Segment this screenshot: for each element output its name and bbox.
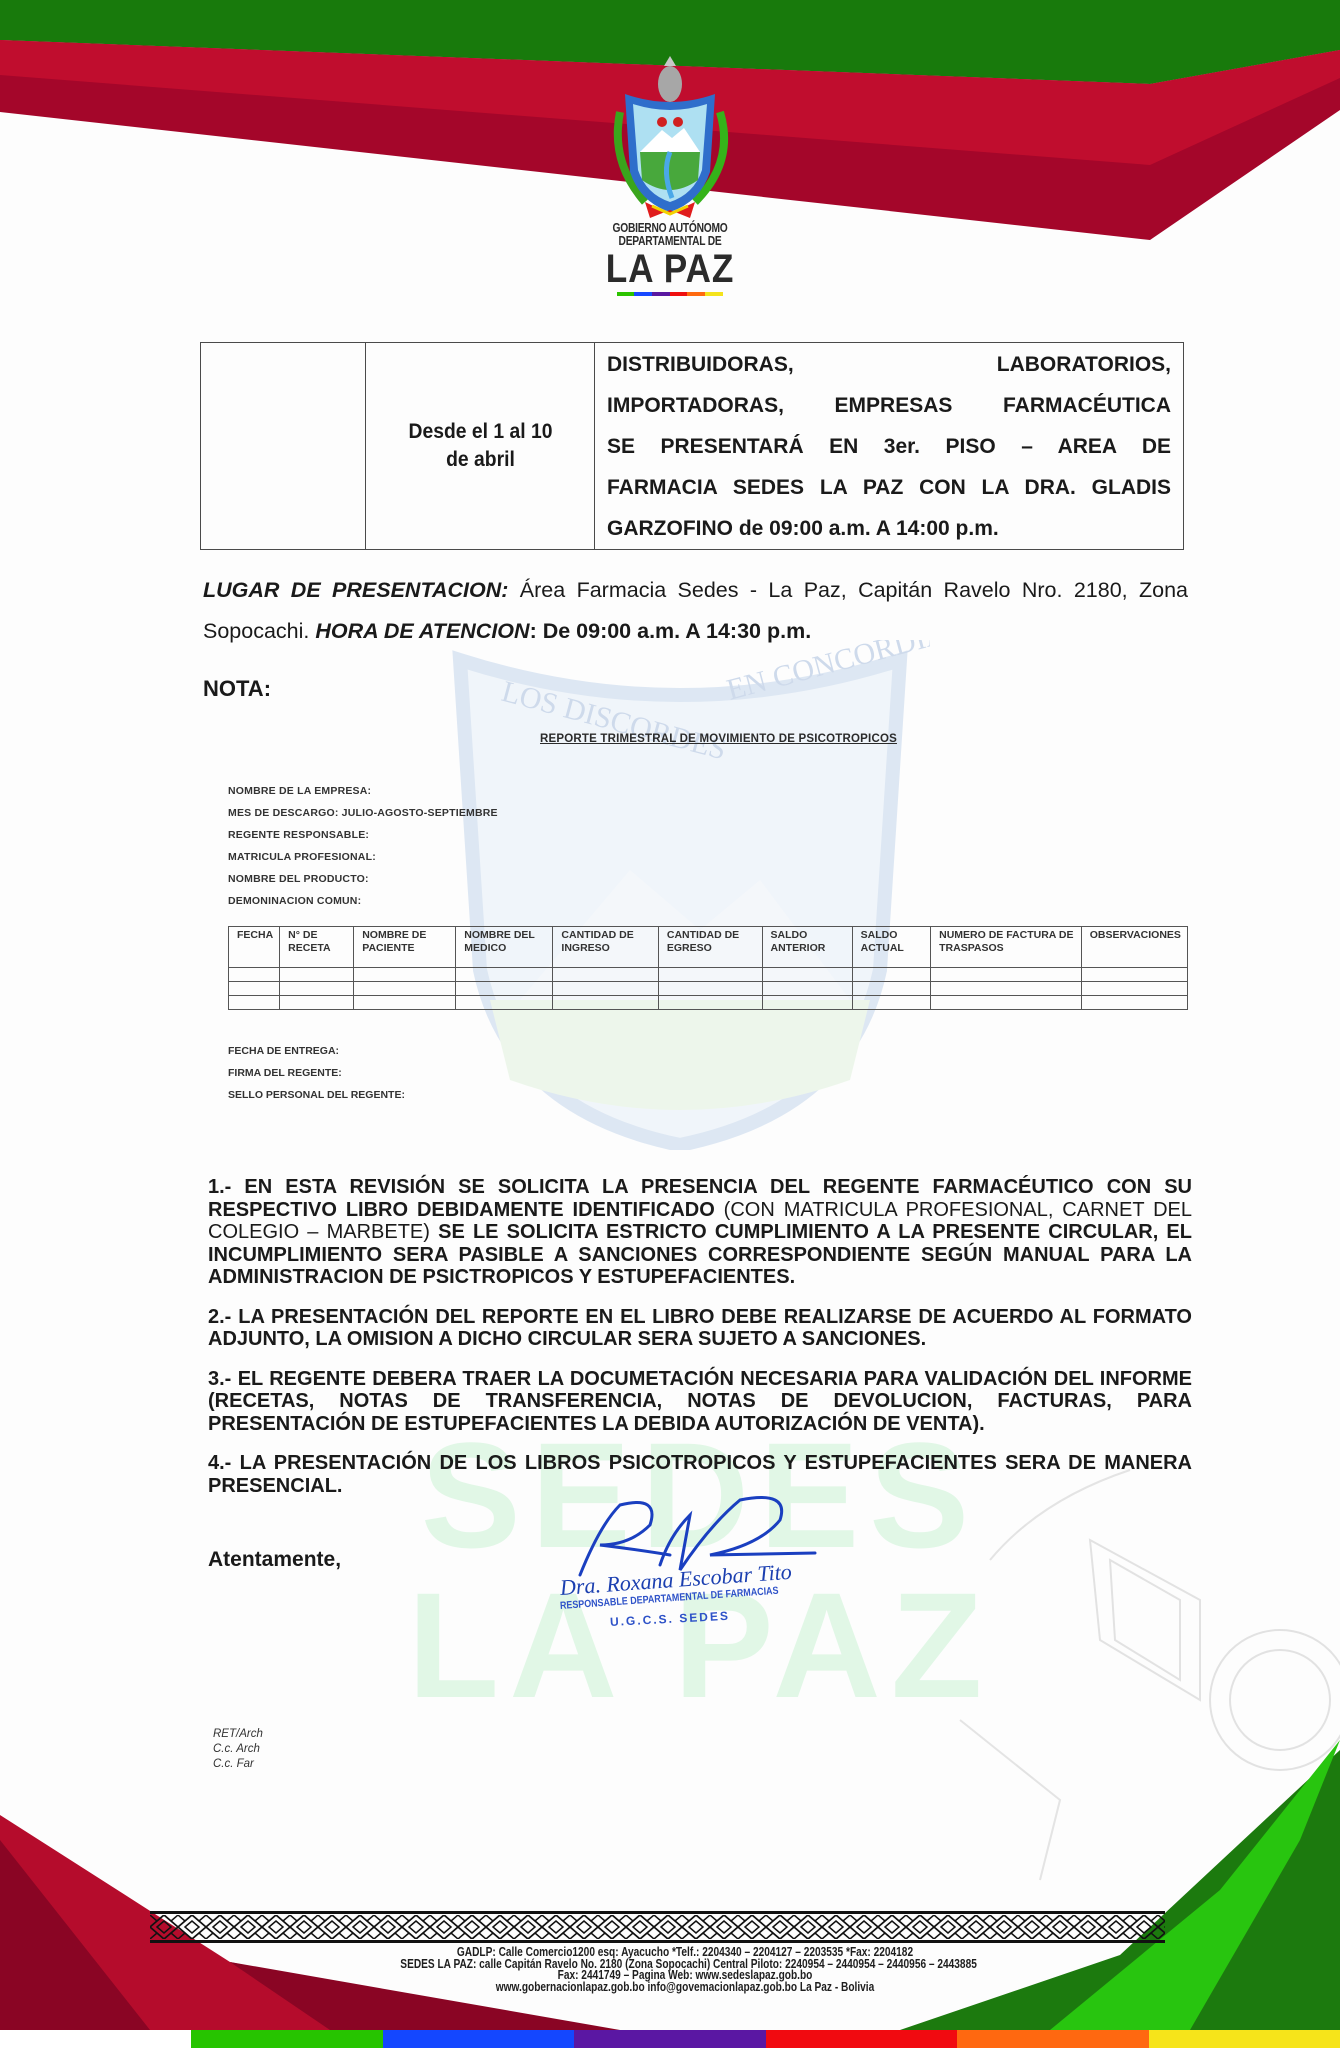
report-field: MATRICULA PROFESIONAL:	[228, 846, 498, 868]
bottom-color-bar	[0, 2030, 1340, 2048]
table-cell	[229, 968, 280, 982]
report-column-header: OBSERVACIONES	[1081, 927, 1187, 968]
notes-list: 1.- EN ESTA REVISIÓN SE SOLICITA LA PRES…	[208, 1176, 1192, 1514]
hours-value: : De 09:00 a.m. A 14:30 p.m.	[530, 619, 812, 643]
table-cell	[229, 982, 280, 996]
report-column-header: CANTIDAD DE EGRESO	[658, 927, 762, 968]
org-name-line3: LA PAZ	[573, 249, 767, 289]
color-bar-segment	[383, 2030, 574, 2048]
table-cell	[762, 968, 852, 982]
table-cell	[931, 996, 1082, 1010]
organization-name: GOBIERNO AUTÓNOMO DEPARTAMENTAL DE LA PA…	[560, 222, 780, 296]
table-cell	[1081, 982, 1187, 996]
report-column-header: SALDO ANTERIOR	[762, 927, 852, 968]
report-column-header: NUMERO DE FACTURA DE TRASPASOS	[931, 927, 1082, 968]
report-title: REPORTE TRIMESTRAL DE MOVIMIENTO DE PSIC…	[540, 733, 897, 745]
color-bar-segment	[1149, 2030, 1340, 2048]
report-field: REGENTE RESPONSABLE:	[228, 824, 498, 846]
report-field: MES DE DESCARGO: JULIO-AGOSTO-SEPTIEMBRE	[228, 802, 498, 824]
table-cell	[280, 982, 354, 996]
schedule-cell-dates: Desde el 1 al 10 de abril	[375, 343, 586, 550]
report-field: DEMONINACION COMUN:	[228, 890, 498, 912]
report-fields: NOMBRE DE LA EMPRESA: MES DE DESCARGO: J…	[228, 780, 498, 912]
table-cell	[931, 982, 1082, 996]
table-cell	[762, 982, 852, 996]
description-line: DISTRIBUIDORAS, LABORATORIOS,	[607, 344, 1171, 385]
note-item: 1.- EN ESTA REVISIÓN SE SOLICITA LA PRES…	[208, 1176, 1192, 1289]
description-line: IMPORTADORAS, EMPRESAS FARMACÉUTICA	[607, 385, 1171, 426]
report-table: FECHAN° DE RECETANOMBRE DE PACIENTENOMBR…	[228, 926, 1188, 1010]
report-column-header: CANTIDAD DE INGRESO	[553, 927, 658, 968]
closing-salutation: Atentamente,	[208, 1548, 341, 1572]
table-cell	[354, 968, 456, 982]
footer-contact-info: GADLP: Calle Comercio1200 esq: Ayacucho …	[400, 1946, 969, 1992]
table-cell	[852, 968, 930, 982]
report-field: NOMBRE DEL PRODUCTO:	[228, 868, 498, 890]
table-cell	[456, 968, 553, 982]
copy-reference: RET/Arch	[213, 1727, 263, 1742]
table-cell	[280, 996, 354, 1010]
table-row	[229, 968, 1188, 982]
nota-heading: NOTA:	[203, 676, 271, 702]
table-cell	[354, 996, 456, 1010]
place-label: LUGAR DE PRESENTACION:	[203, 578, 508, 602]
report-footer-field: FIRMA DEL REGENTE:	[228, 1062, 405, 1084]
copy-reference: C.c. Far	[213, 1757, 263, 1772]
report-column-header: SALDO ACTUAL	[852, 927, 930, 968]
table-cell	[229, 996, 280, 1010]
schedule-cell-empty	[201, 343, 366, 550]
report-column-header: NOMBRE DEL MEDICO	[456, 927, 553, 968]
table-cell	[553, 982, 658, 996]
table-cell	[456, 996, 553, 1010]
org-color-stripe	[617, 292, 723, 296]
color-bar-segment	[957, 2030, 1148, 2048]
color-bar-segment	[574, 2030, 765, 2048]
description-line: GARZOFINO de 09:00 a.m. A 14:00 p.m.	[607, 508, 1171, 549]
table-cell	[280, 968, 354, 982]
footer-line: www.gobernacionlapaz.gob.bo info@govemac…	[400, 1981, 969, 1993]
report-footer-fields: FECHA DE ENTREGA: FIRMA DEL REGENTE: SEL…	[228, 1040, 405, 1106]
description-line: SE PRESENTARÁ EN 3er. PISO – AREA DE	[607, 426, 1171, 467]
table-cell	[658, 996, 762, 1010]
table-cell	[1081, 968, 1187, 982]
andean-pattern-border	[150, 1911, 1165, 1943]
table-cell	[852, 996, 930, 1010]
color-bar-segment	[766, 2030, 957, 2048]
crest-watermark: LOS DISCORDES EN CONCORDIA	[430, 640, 930, 1150]
schedule-table: Desde el 1 al 10 de abril DISTRIBUIDORAS…	[200, 342, 1184, 550]
table-cell	[658, 968, 762, 982]
report-table-header: FECHAN° DE RECETANOMBRE DE PACIENTENOMBR…	[229, 927, 1188, 968]
report-column-header: FECHA	[229, 927, 280, 968]
report-column-header: NOMBRE DE PACIENTE	[354, 927, 456, 968]
note-item: 2.- LA PRESENTACIÓN DEL REPORTE EN EL LI…	[208, 1306, 1192, 1351]
color-bar-segment	[191, 2030, 382, 2048]
table-cell	[1081, 996, 1187, 1010]
table-cell	[456, 982, 553, 996]
schedule-row: Desde el 1 al 10 de abril DISTRIBUIDORAS…	[201, 343, 1184, 550]
table-cell	[762, 996, 852, 1010]
hours-label: HORA DE ATENCION	[315, 619, 529, 643]
copy-reference: C.c. Arch	[213, 1742, 263, 1757]
note-item: 3.- EL REGENTE DEBERA TRAER LA DOCUMETAC…	[208, 1368, 1192, 1436]
coat-of-arms-icon	[600, 52, 740, 227]
color-bar-segment	[0, 2030, 191, 2048]
date-range-line2: de abril	[375, 446, 585, 474]
report-table-body	[229, 968, 1188, 1010]
copy-references: RET/Arch C.c. Arch C.c. Far	[213, 1727, 263, 1772]
table-cell	[658, 982, 762, 996]
note-item: 4.- LA PRESENTACIÓN DE LOS LIBROS PSICOT…	[208, 1452, 1192, 1497]
report-footer-field: FECHA DE ENTREGA:	[228, 1040, 405, 1062]
presentation-info: LUGAR DE PRESENTACION: Área Farmacia Sed…	[203, 570, 1188, 652]
report-field: NOMBRE DE LA EMPRESA:	[228, 780, 498, 802]
table-row	[229, 982, 1188, 996]
schedule-cell-description: DISTRIBUIDORAS, LABORATORIOS, IMPORTADOR…	[595, 343, 1184, 550]
org-name-line2: DEPARTAMENTAL DE	[580, 235, 760, 248]
report-footer-field: SELLO PERSONAL DEL REGENTE:	[228, 1084, 405, 1106]
table-cell	[931, 968, 1082, 982]
table-cell	[553, 968, 658, 982]
table-cell	[852, 982, 930, 996]
table-row	[229, 996, 1188, 1010]
table-cell	[553, 996, 658, 1010]
description-line: FARMACIA SEDES LA PAZ CON LA DRA. GLADIS	[607, 467, 1171, 508]
date-range-line1: Desde el 1 al 10	[375, 418, 585, 446]
report-column-header: N° DE RECETA	[280, 927, 354, 968]
table-cell	[354, 982, 456, 996]
